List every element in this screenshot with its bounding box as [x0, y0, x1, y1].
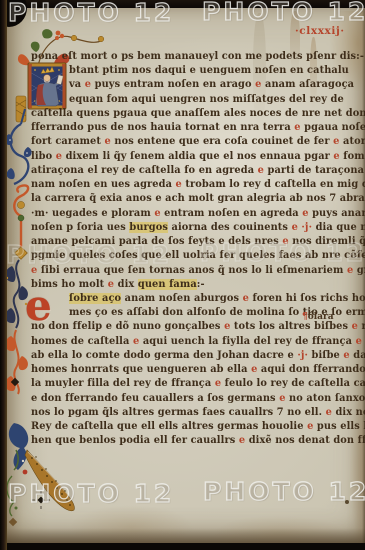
ink-text: amane pelcami parla de ſos feyts e dels … — [31, 236, 282, 247]
ink-text: quen fama — [138, 279, 197, 290]
marginal-note-text: ólara — [308, 312, 334, 322]
ink-text: libo — [31, 151, 56, 162]
ink-text: no don ffelip e dõ nuno gonçalbes — [31, 321, 224, 332]
manuscript-text-line: btant ptim nos daqui e uenguem noſen en … — [31, 64, 351, 78]
ink-text: dixẽ nos denat don ffelip — [245, 435, 365, 446]
manuscript-text-line: pona eſt mort o ps bem manaueyl con me p… — [31, 50, 351, 64]
ink-text: ab ella lo comte dodo germa den Johan da… — [31, 350, 297, 361]
ink-text: dia que nos — [312, 222, 365, 233]
manuscript-text-line: e don fferrando feu cauallers a ſos germ… — [31, 392, 351, 406]
page-bottom-shadow — [0, 528, 365, 543]
folio-number: ·clxxxij· — [295, 25, 345, 37]
text-block: pona eſt mort o ps bem manaueyl con me p… — [31, 50, 351, 449]
ink-text: Rey de caſtella que ell ells altres germ… — [31, 421, 307, 432]
ink-text: nos diremli q̃l — [289, 236, 365, 247]
manuscript-text-line: ·m· uegades e ploram e entram noſen en a… — [31, 207, 351, 221]
ink-text: homes de caſtella — [31, 336, 133, 347]
ink-text: anam aſaragoça — [261, 79, 354, 90]
ink-text: homes honrrats que uengueren ab ella — [31, 364, 251, 375]
manuscript-text-line: homes de caſtella e aqui uench la fiylla… — [31, 335, 351, 349]
ink-text: anam noſen aburgos — [121, 293, 242, 304]
ink-text: puys entram noſen en arago — [91, 79, 255, 90]
ink-text: atiraçona el rey de caſtella fo en agred… — [31, 165, 258, 176]
ink-text: fort caramet — [31, 136, 105, 147]
manuscript-text-line: hen que benlos podia ell fer cauallrs e … — [31, 434, 351, 448]
ink-text: la muyler filla del rey de ffrança — [31, 378, 215, 389]
manuscript-text-line: ab ella lo comte dodo germa den Johan da… — [31, 349, 351, 363]
manuscript-text-line: fort caramet e nos entene que era coſa c… — [31, 135, 351, 149]
ink-text: ſobre aço — [69, 293, 121, 304]
ink-text: pus ells heuo — [313, 421, 365, 432]
ink-text: ·m· uegades e ploram — [31, 208, 154, 219]
ink-text: dixem li q̃y ſenem aldia que el nos enna… — [62, 151, 333, 162]
manuscript-text-line: equan fom aqui uengren nos miſſatges del… — [31, 93, 351, 107]
ink-text: aqui uench la fiylla del rey de ffrança — [139, 336, 355, 347]
ink-speck — [345, 500, 349, 504]
ink-text: nos lo pgam q̃ls altres germas faes caua… — [31, 407, 326, 418]
manuscript-text-line: amane pelcami parla de ſos feyts e dels … — [31, 235, 351, 249]
ink-text: dix nos el — [332, 407, 365, 418]
ink-text: burgos — [129, 222, 168, 233]
ink-text: btant ptim nos daqui e uenguem noſen en … — [69, 65, 349, 76]
manuscript-text-line: noſen p ſoria ues burgos aiorna des coui… — [31, 221, 351, 235]
manuscript-text-line: nos lo pgam q̃ls altres germas faes caua… — [31, 406, 351, 420]
ink-text: noſen p ſoria ues — [31, 222, 129, 233]
ink-text: pgmie queles coſes que ell uolria fer qu… — [31, 250, 365, 261]
ink-text: dix — [114, 279, 138, 290]
ink-text: pona eſt mort o ps bem manaueyl con me p… — [31, 51, 364, 62]
manuscript-text-line: caſtella quens pgaua que anaſſem ales no… — [31, 107, 351, 121]
manuscript-text-line: homes honrrats que uengueren ab ella e a… — [31, 363, 351, 377]
ink-text: no aton ſanxo car — [286, 393, 365, 404]
ink-text: fferrando pus de nos hauia tornat en nra… — [31, 122, 294, 133]
manuscript-text-line: la carrera q̃ exia anos e ach molt gran … — [31, 192, 351, 206]
ink-text: nam noſen en ues agreda — [31, 179, 176, 190]
manuscript-text-line: bims ho molt e dix quen fama:- — [31, 278, 351, 292]
ink-text: puys anam — [309, 208, 365, 219]
ink-text: aiorna des couinents — [168, 222, 292, 233]
manuscript-text-line: Rey de caſtella que ell ells altres germ… — [31, 420, 351, 434]
manuscript-text-line: fferrando pus de nos hauia tornat en nra… — [31, 121, 351, 135]
manuscript-text-line: nam noſen en ues agreda e trobam lo rey … — [31, 178, 351, 192]
rubricated-text: ·j· — [301, 222, 312, 233]
photo-frame-left — [0, 0, 7, 550]
photo-frame-bottom — [0, 543, 365, 550]
manuscript-text-line: e ſibi erraua que ſen tornas anos q̃ nos… — [31, 264, 351, 278]
ink-text: tots los altres biſbes — [230, 321, 351, 332]
manuscript-text-line: va e puys entram noſen en arago e anam a… — [31, 78, 351, 92]
ink-text: foren hi ſos richs ho — [249, 293, 365, 304]
ink-text: e don fferrando feu cauallers a ſos germ… — [31, 393, 279, 404]
rubricated-text: e — [292, 222, 298, 233]
ink-text: parti de taraçona — [264, 165, 365, 176]
ink-text: equan fom aqui uengren nos miſſatges del… — [69, 94, 344, 105]
ink-text: caſtella quens pgaua que anaſſem ales no… — [31, 108, 365, 119]
rubricated-text: ·j· — [297, 350, 308, 361]
ink-text: trobam lo rey d caſtella en mig de — [182, 179, 365, 190]
ink-text: :- — [197, 279, 205, 290]
manuscript-photo: ·clxxxij· pona eſt mort o ps bem manauey… — [0, 0, 365, 550]
ink-text: hen que benlos podia ell fer cauallrs — [31, 435, 239, 446]
photo-frame-top — [0, 0, 365, 8]
ink-text: feulo lo rey de caſtella caualler — [221, 378, 365, 389]
ink-text: entram noſen en agreda — [161, 208, 303, 219]
manuscript-text-line: ſobre aço anam noſen aburgos e foren hi … — [31, 292, 351, 306]
ink-text: nos entene que era coſa couinet de fer — [111, 136, 333, 147]
manuscript-text-line: la muyler filla del rey de ffrança e feu… — [31, 377, 351, 391]
ink-text: fom — [340, 151, 365, 162]
ink-text: la carrera q̃ exia anos e ach molt gran … — [31, 193, 365, 204]
ink-text: pgaua noſe — [301, 122, 365, 133]
marginal-note: ¶ólara — [302, 312, 334, 323]
ink-text: va — [69, 79, 85, 90]
manuscript-text-line: atiraçona el rey de caſtella fo en agred… — [31, 164, 351, 178]
ink-text: biſbe — [308, 350, 343, 361]
ink-text: ſibi erraua que ſen tornas anos q̃ nos l… — [37, 265, 347, 276]
secondary-initial-letter: e — [25, 286, 52, 326]
manuscript-text-line: pgmie queles coſes que ell uolria fer qu… — [31, 249, 351, 263]
ink-text: aqui don fferrando pres — [257, 364, 365, 375]
manuscript-text-line: libo e dixem li q̃y ſenem aldia que el n… — [31, 150, 351, 164]
